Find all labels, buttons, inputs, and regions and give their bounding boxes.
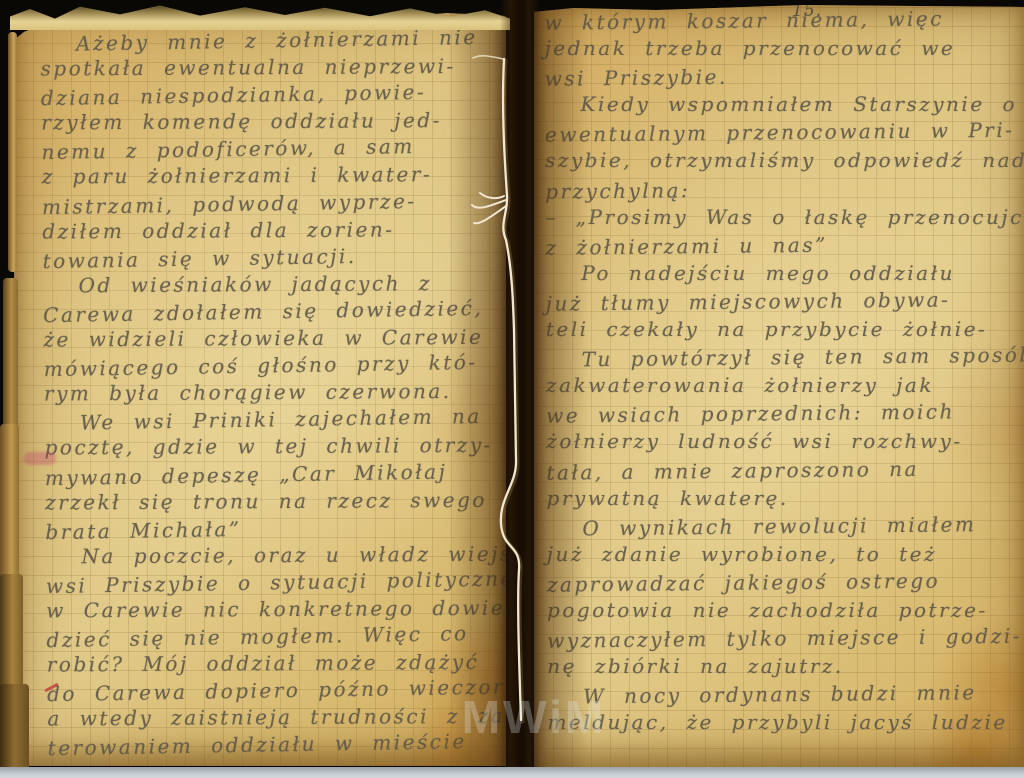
handwriting-line: prywatną kwaterę.: [547, 486, 1024, 514]
handwriting-line: żołnierzy ludność wsi rozchwy-: [546, 429, 1024, 457]
handwriting-line: z żołnierzami u nas”: [545, 230, 1024, 264]
handwriting-block-right: w którym koszar niema, więcjednak trzeba…: [544, 7, 1024, 740]
handwriting-line: we wsiach poprzednich: moich: [546, 399, 1024, 433]
page-edge-layer: [0, 684, 29, 778]
handwriting-line: w którym koszar niema, więc: [544, 5, 1024, 39]
binding-thread: [470, 28, 540, 728]
handwriting-line: nę zbiórki na zajutrz.: [547, 654, 1024, 682]
handwriting-line: tała, a mnie zaproszono na: [546, 455, 1024, 489]
handwriting-line: przychylną:: [545, 174, 1024, 208]
notebook-page-right: 15. w którym koszar niema, więcjednak tr…: [534, 2, 1024, 768]
handwriting-line: Tu powtórzył się ten sam sposób: [546, 342, 1024, 376]
handwriting-line: Po nadejściu mego oddziału: [546, 261, 1024, 289]
curled-top-edge: [10, 0, 510, 30]
worn-page-edges: [0, 26, 30, 774]
page-edge-layer: [8, 32, 17, 272]
handwriting-block-left: Ażeby mnie z żołnierzami niespotkała ewe…: [40, 25, 506, 762]
page-edge-layer: [3, 278, 18, 428]
handwriting-line: szybie, otrzymaliśmy odpowiedź nader: [545, 148, 1024, 176]
handwriting-line: teli czekały na przybycie żołnie-: [546, 317, 1024, 345]
notebook-page-left: 14.- Ażeby mnie z żołnierzami niespotkał…: [14, 6, 506, 766]
handwriting-line: Kiedy wspomniałem Starszynie o: [545, 92, 1024, 120]
diary-scan: 14.- Ażeby mnie z żołnierzami niespotkał…: [0, 0, 1024, 778]
handwriting-line: jednak trzeba przenocować we: [545, 36, 1024, 64]
handwriting-line: wsi Priszybie.: [545, 61, 1024, 95]
handwriting-line: ewentualnym przenocowaniu w Pri-: [545, 118, 1024, 152]
handwriting-line: z paru żołnierzami i kwater-: [42, 162, 506, 192]
scanner-bed: [0, 767, 1024, 778]
archive-watermark: MWiM: [446, 690, 622, 744]
handwriting-line: O wynikach rewolucji miałem: [547, 511, 1024, 545]
page-edge-layer: [0, 574, 23, 689]
handwriting-line: terowaniem oddziału w mieście: [47, 728, 506, 763]
handwriting-line: już tłumy miejscowych obywa-: [546, 286, 1024, 320]
handwriting-line: zaprowadzać jakiegoś ostrego: [547, 567, 1024, 601]
page-edge-layer: [0, 424, 19, 579]
handwriting-line: pocztę, gdzie w tej chwili otrzy-: [44, 433, 506, 463]
handwriting-line: już zdanie wyrobione, to też: [547, 542, 1024, 570]
handwriting-line: wyznaczyłem tylko miejsce i godzi-: [547, 623, 1024, 657]
handwriting-line: zakwaterowania żołnierzy jak: [546, 373, 1024, 401]
handwriting-line: – „Prosimy Was o łaskę przenocujcie: [545, 205, 1024, 233]
handwriting-line: pogotowia nie zachodziła potrze-: [547, 598, 1024, 626]
